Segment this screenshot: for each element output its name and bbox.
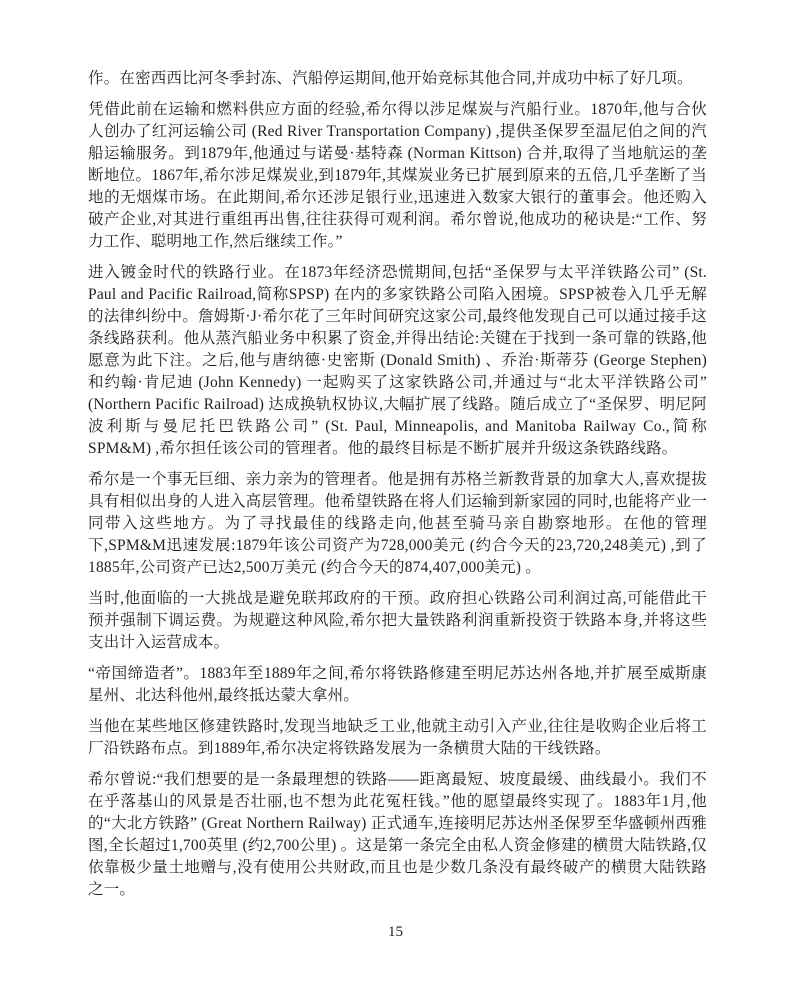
document-page: 作。在密西西比河冬季封冻、汽船停运期间,他开始竞标其他合同,并成功中标了好几项。… [0, 0, 791, 1000]
paragraph-3: 进入镀金时代的铁路行业。在1873年经济恐慌期间,包括“圣保罗与太平洋铁路公司”… [88, 262, 707, 460]
paragraph-6: “帝国缔造者”。1883年至1889年之间,希尔将铁路修建至明尼苏达州各地,并扩… [88, 663, 707, 707]
paragraph-2: 凭借此前在运输和燃料供应方面的经验,希尔得以涉足煤炭与汽船行业。1870年,他与… [88, 99, 707, 253]
paragraph-4: 希尔是一个事无巨细、亲力亲为的管理者。他是拥有苏格兰新教背景的加拿大人,喜欢提拔… [88, 469, 707, 579]
text-content: 作。在密西西比河冬季封冻、汽船停运期间,他开始竞标其他合同,并成功中标了好几项。… [88, 68, 707, 910]
paragraph-7: 当他在某些地区修建铁路时,发现当地缺乏工业,他就主动引入产业,往往是收购企业后将… [88, 716, 707, 760]
page-number: 15 [0, 922, 791, 942]
paragraph-5: 当时,他面临的一大挑战是避免联邦政府的干预。政府担心铁路公司利润过高,可能借此干… [88, 588, 707, 654]
paragraph-8: 希尔曾说:“我们想要的是一条最理想的铁路——距离最短、坡度最缓、曲线最小。我们不… [88, 769, 707, 901]
paragraph-1: 作。在密西西比河冬季封冻、汽船停运期间,他开始竞标其他合同,并成功中标了好几项。 [88, 68, 707, 90]
